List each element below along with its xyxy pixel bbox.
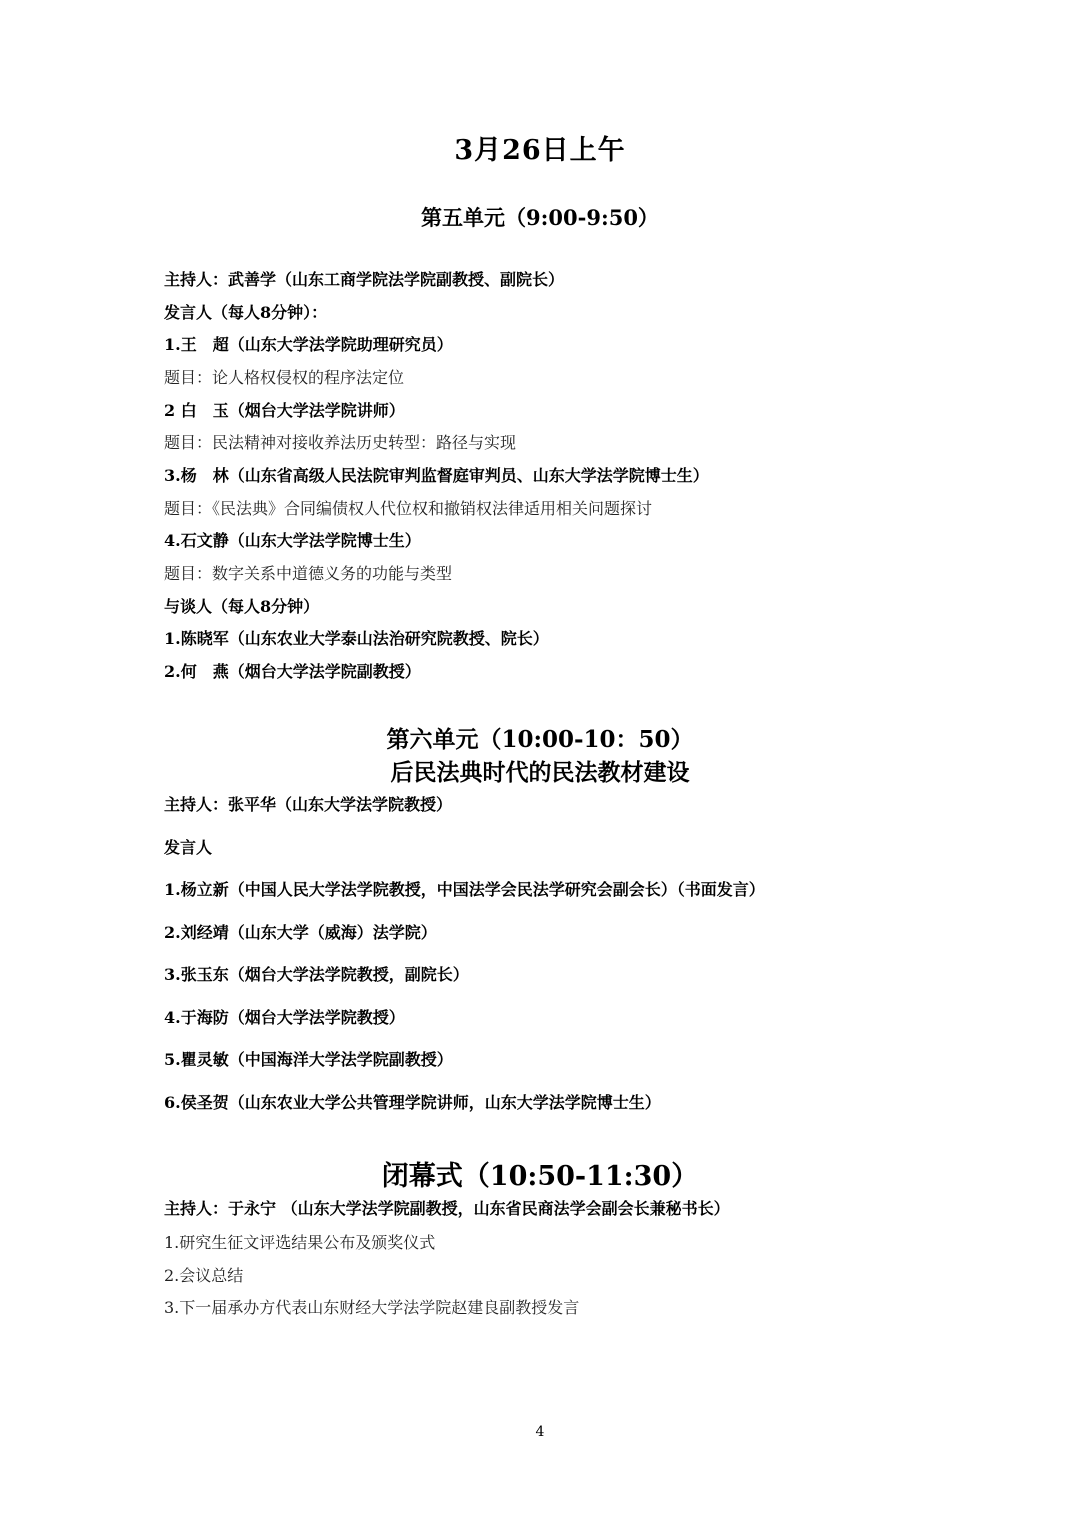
unit5-speaker-2: 2 白 玉（烟台大学法学院讲师）	[164, 401, 405, 421]
unit5-discussant-1: 1.陈晓军（山东农业大学泰山法治研究院教授、院长）	[164, 629, 549, 649]
unit6-speakers-label: 发言人	[164, 838, 212, 858]
closing-title: 闭幕式（10:50-11:30）	[0, 1154, 1080, 1193]
unit5-topic-1: 题目：论人格权侵权的程序法定位	[164, 368, 404, 388]
unit5-speaker-1: 1.王 超（山东大学法学院助理研究员）	[164, 335, 453, 355]
page-number: 4	[0, 1424, 1080, 1440]
unit5-topic-3: 题目：《民法典》合同编债权人代位权和撤销权法律适用相关问题探讨	[164, 499, 652, 519]
unit6-subtitle: 后民法典时代的民法教材建设	[0, 754, 1080, 787]
unit5-speakers-label: 发言人（每人8分钟）：	[164, 303, 327, 323]
closing-item-1: 1.研究生征文评选结果公布及颁奖仪式	[164, 1233, 435, 1253]
closing-item-3: 3.下一届承办方代表山东财经大学法学院赵建良副教授发言	[164, 1298, 579, 1318]
unit6-speaker-6: 6.侯圣贺（山东农业大学公共管理学院讲师，山东大学法学院博士生）	[164, 1093, 661, 1113]
unit5-topic-4: 题目：数字关系中道德义务的功能与类型	[164, 564, 452, 584]
date-heading: 3月26日上午	[0, 128, 1080, 167]
unit6-speaker-3: 3.张玉东（烟台大学法学院教授，副院长）	[164, 965, 469, 985]
closing-item-2: 2.会议总结	[164, 1266, 243, 1286]
unit5-title: 第五单元（9:00-9:50）	[0, 202, 1080, 232]
unit6-speaker-2: 2.刘经靖（山东大学（威海）法学院）	[164, 923, 437, 943]
unit5-speaker-3: 3.杨 林（山东省高级人民法院审判监督庭审判员、山东大学法学院博士生）	[164, 466, 709, 486]
unit6-host: 主持人：张平华（山东大学法学院教授）	[164, 795, 452, 815]
unit6-speaker-5: 5.瞿灵敏（中国海洋大学法学院副教授）	[164, 1050, 453, 1070]
unit5-speaker-4: 4.石文静（山东大学法学院博士生）	[164, 531, 421, 551]
unit5-discussant-2: 2.何 燕（烟台大学法学院副教授）	[164, 662, 421, 682]
unit5-discussants-label: 与谈人（每人8分钟）	[164, 597, 319, 617]
unit6-title: 第六单元（10:00-10：50）	[0, 721, 1080, 754]
unit5-host: 主持人：武善学（山东工商学院法学院副教授、副院长）	[164, 270, 564, 290]
unit6-speaker-1: 1.杨立新（中国人民大学法学院教授，中国法学会民法学研究会副会长）（书面发言）	[164, 880, 765, 900]
closing-host: 主持人：于永宁 （山东大学法学院副教授，山东省民商法学会副会长兼秘书长）	[164, 1199, 730, 1219]
unit5-topic-2: 题目：民法精神对接收养法历史转型：路径与实现	[164, 433, 516, 453]
unit6-speaker-4: 4.于海防（烟台大学法学院教授）	[164, 1008, 405, 1028]
